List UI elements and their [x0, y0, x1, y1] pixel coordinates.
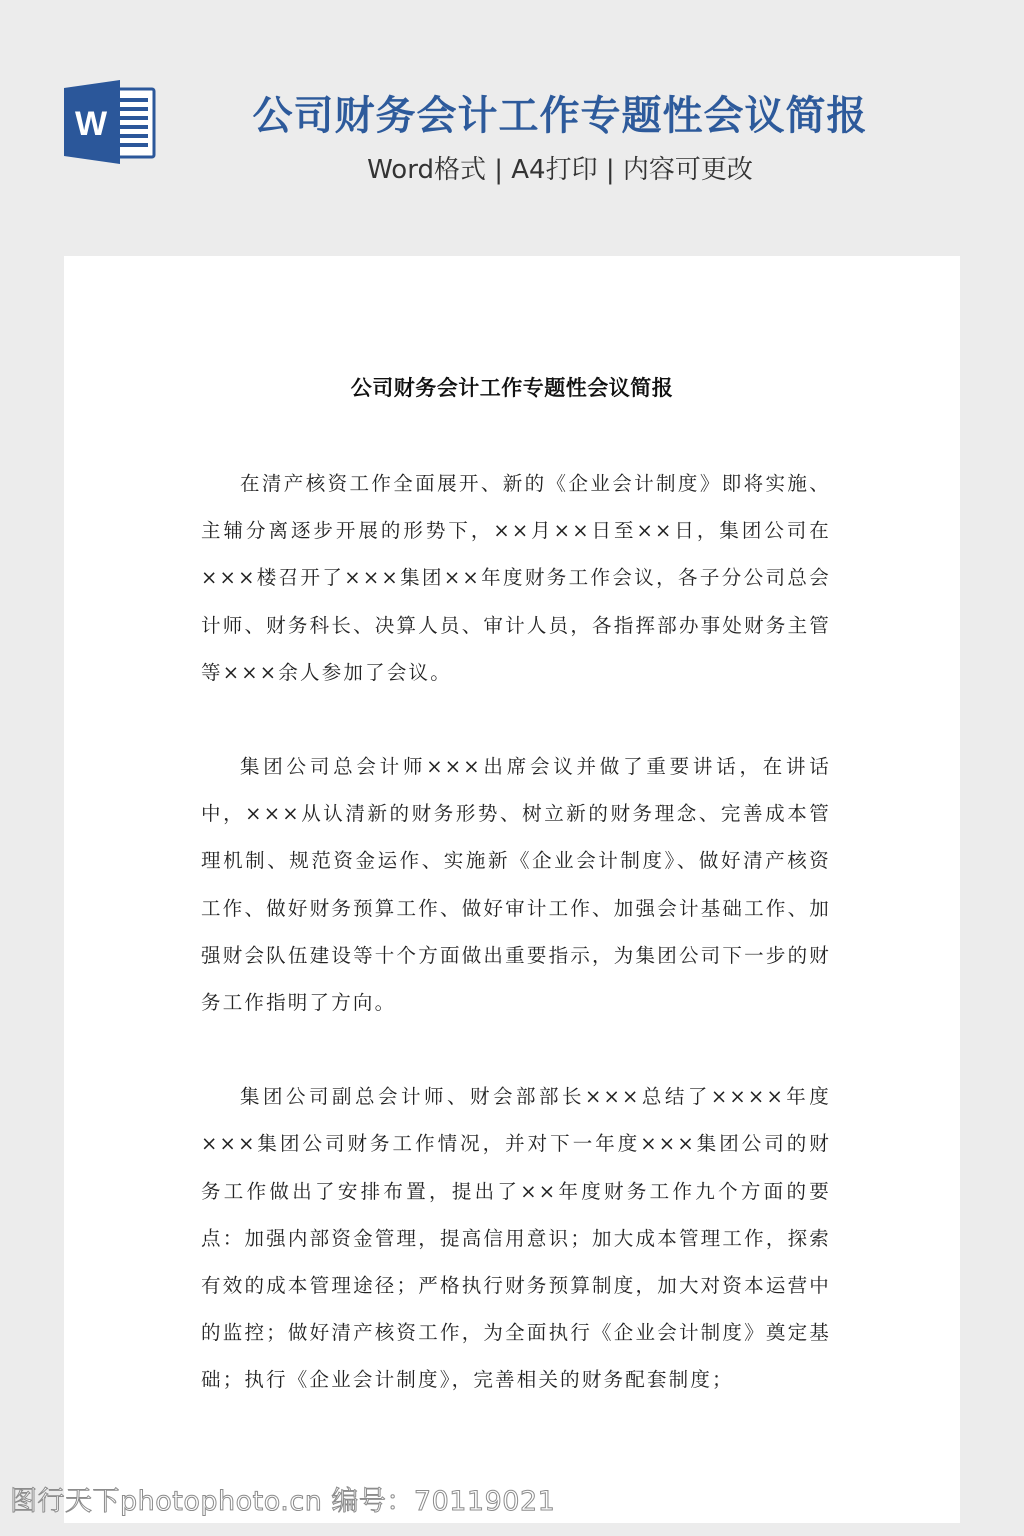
document-body: 在清产核资工作全面展开、新的《企业会计制度》即将实施、主辅分离逐步开展的形势下，… — [201, 460, 831, 1451]
document-title: 公司财务会计工作专题性会议简报 — [64, 372, 960, 404]
document-page: 公司财务会计工作专题性会议简报 在清产核资工作全面展开、新的《企业会计制度》即将… — [64, 256, 960, 1523]
svg-text:W: W — [75, 105, 108, 143]
watermark-text: 图行天下photophoto.cn 编号：70119021 — [10, 1484, 555, 1520]
header-subtitle: Word格式 | A4打印 | 内容可更改 — [200, 150, 920, 190]
header-banner: W 公司财务会计工作专题性会议简报 Word格式 | A4打印 | 内容可更改 — [0, 0, 1024, 256]
paragraph-1: 在清产核资工作全面展开、新的《企业会计制度》即将实施、主辅分离逐步开展的形势下，… — [201, 460, 831, 696]
header-title: 公司财务会计工作专题性会议简报 — [200, 88, 920, 144]
paragraph-2: 集团公司总会计师×××出席会议并做了重要讲话，在讲话中，×××从认清新的财务形势… — [201, 743, 831, 1026]
paragraph-3: 集团公司副总会计师、财会部部长×××总结了××××年度×××集团公司财务工作情况… — [201, 1073, 831, 1403]
word-document-icon: W — [64, 80, 156, 164]
